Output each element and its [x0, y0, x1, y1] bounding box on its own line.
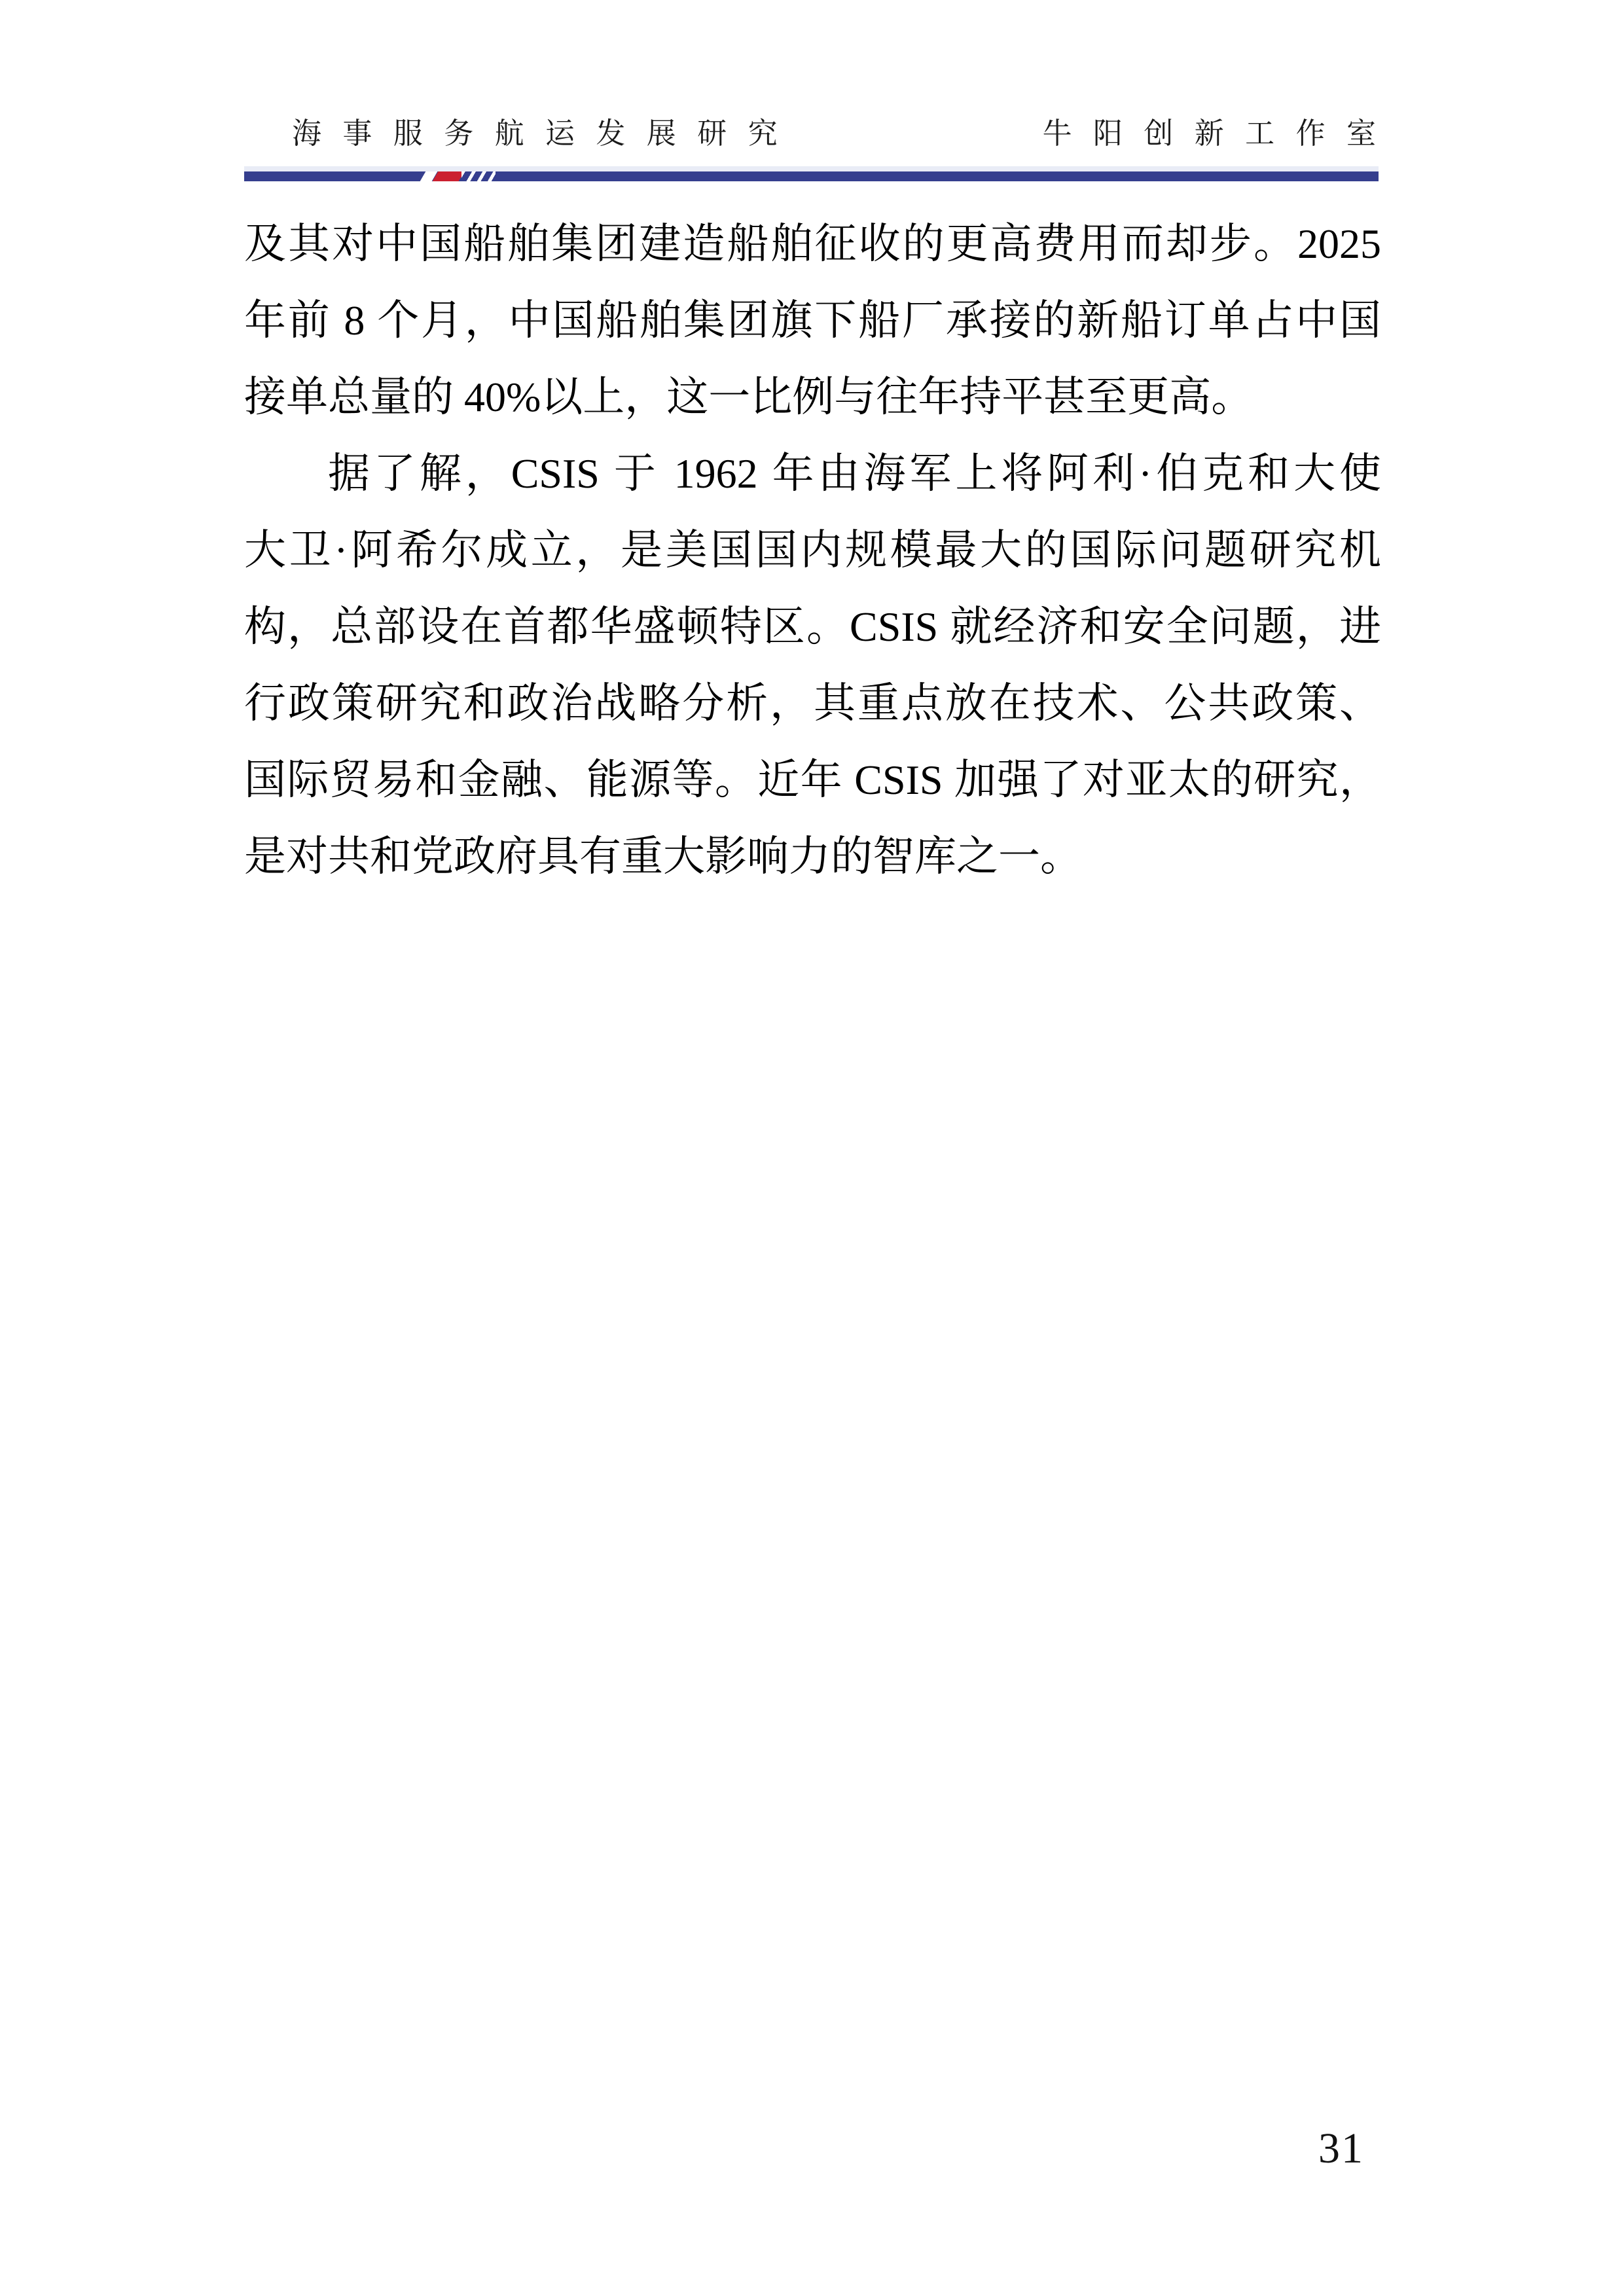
body-line: 是对共和党政府具有重大影响力的智库之一。 [244, 818, 1381, 895]
divider-light-band [244, 166, 1379, 171]
divider-bar [244, 171, 1379, 181]
body-line: 及其对中国船舶集团建造船舶征收的更高费用而却步。2025 [244, 206, 1381, 282]
body-line: 行政策研究和政治战略分析，其重点放在技术、公共政策、 [244, 665, 1381, 742]
body-line: 年前 8 个月，中国船舶集团旗下船厂承接的新船订单占中国 [244, 282, 1381, 359]
header-right-title: 牛阳创新工作室 [1043, 118, 1398, 149]
divider-diagonal-stripes [461, 171, 496, 181]
divider-red-accent [433, 171, 465, 181]
body-line: 接单总量的 40%以上，这一比例与往年持平甚至更高。 [244, 359, 1381, 435]
document-page: 海事服务航运发展研究 牛阳创新工作室 及其对中国船舶集团建造船舶征收的更高费用而… [0, 0, 1624, 2296]
body-line: 构，总部设在首都华盛顿特区。CSIS 就经济和安全问题，进 [244, 588, 1381, 665]
page-number: 31 [1318, 2127, 1364, 2170]
body-text-block: 及其对中国船舶集团建造船舶征收的更高费用而却步。2025 年前 8 个月，中国船… [244, 206, 1381, 895]
body-line: 国际贸易和金融、能源等。近年 CSIS 加强了对亚太的研究， [244, 742, 1381, 818]
body-line: 大卫·阿希尔成立，是美国国内规模最大的国际问题研究机 [244, 512, 1381, 588]
header-left-title: 海事服务航运发展研究 [292, 118, 799, 149]
body-line: 据了解，CSIS 于 1962 年由海军上将阿利·伯克和大使 [244, 435, 1381, 512]
